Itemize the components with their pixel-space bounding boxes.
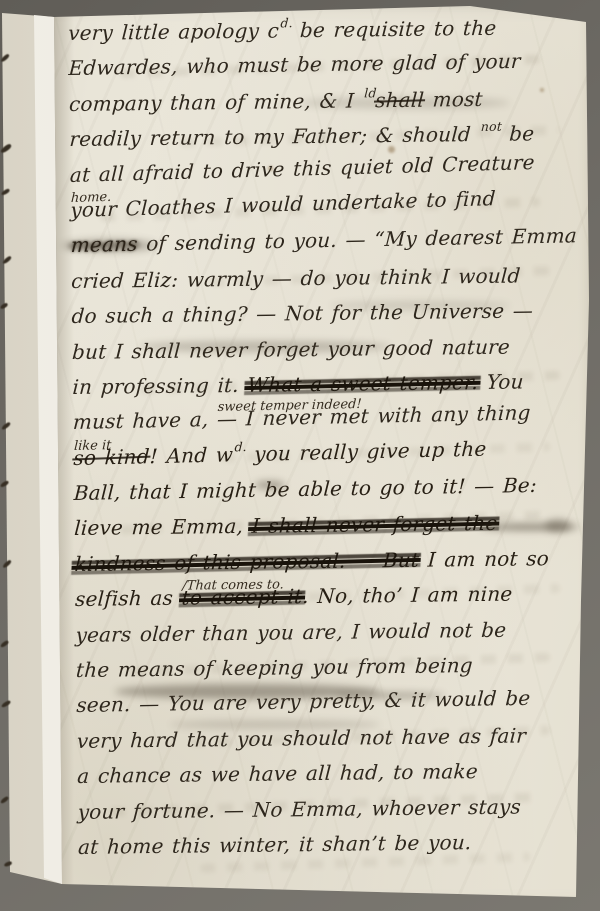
smudged-text: means [70,232,138,257]
handwritten-text: most [423,87,483,112]
handwritten-text: of sending to you. — “My dearest Emma [137,224,577,256]
superscript-correction: not [481,119,503,134]
manuscript-line-17: selfish as /That comes to.to accept it. … [74,576,590,618]
heavy-struck-text: What a sweet temper. [247,370,479,397]
handwritten-text: lieve me Emma, [74,514,253,540]
manuscript-line-20: seen. — You are very pretty, & it would … [75,680,591,723]
handwritten-text: but I shall never forget your good natur… [71,334,510,363]
manuscript-line-2: Edwardes, who must be more glad of your [68,43,584,86]
handwritten-text: ! And w [149,442,234,468]
superscript-correction: d. [280,15,293,30]
handwritten-text: the means of keeping you from being [75,653,473,682]
manuscript-text: very little apology cd. be requisite to … [68,10,592,866]
handwritten-text: in professing it. [72,373,248,399]
handwritten-text: at home this winter, it shan’t be you. [78,830,473,859]
handwritten-text: Ball, that I might be able to go to it! … [73,473,537,505]
handwritten-text: a chance as we have all had, to make [77,759,479,788]
handwritten-text: company than of mine, & I [68,88,363,116]
handwritten-text: years older than you are, I would not be [75,617,507,646]
manuscript-line-9: do such a thing? — Not for the Universe … [71,293,587,335]
struck-text: shall [375,87,425,112]
struck-text: so kind [73,444,150,470]
handwritten-text: selfish as [74,586,182,611]
handwritten-text: be [500,121,535,145]
handwritten-text: very little apology c [68,18,280,45]
handwritten-text: . No, tho’ I am nine [302,582,514,609]
manuscript-line-15: lieve me Emma, I shall never forget the [73,505,589,547]
handwritten-text: seen. — You are very pretty, & it would … [76,686,531,717]
manuscript-line-22: a chance as we have all had, to make [76,753,592,795]
handwritten-text: must have a, [72,407,217,434]
heavy-struck-text: to accept it [181,584,303,609]
handwritten-text: your fortune. — No Emma, whoever stays [77,794,522,823]
handwritten-text: cried Eliz: warmly — do you think I woul… [71,263,522,293]
handwritten-text: you really give up the [245,436,487,465]
handwritten-text: You [478,369,525,394]
handwritten-text: Edwardes, who must be more glad of your [68,49,521,80]
manuscript-photograph: very little apology cd. be requisite to … [0,0,600,911]
handwritten-text: do such a thing? — Not for the Universe … [71,298,534,328]
superscript-correction: d. [234,439,247,454]
handwritten-text: very hard that you should not have as fa… [76,723,527,753]
manuscript-line-24: at home this winter, it shan’t be you. [77,824,593,866]
handwritten-text: be requisite to the [291,16,497,43]
handwritten-text: readily return to my Father; & should [69,122,480,151]
handwritten-text: your Cloathes I would undertake to find [70,186,496,222]
handwritten-text: I am not so [418,546,549,572]
heavy-struck-text: I shall never forget the [251,511,498,538]
heavy-struck-text: kindness of this proposal. — But [74,548,420,576]
edge-ink-mark [0,796,9,805]
